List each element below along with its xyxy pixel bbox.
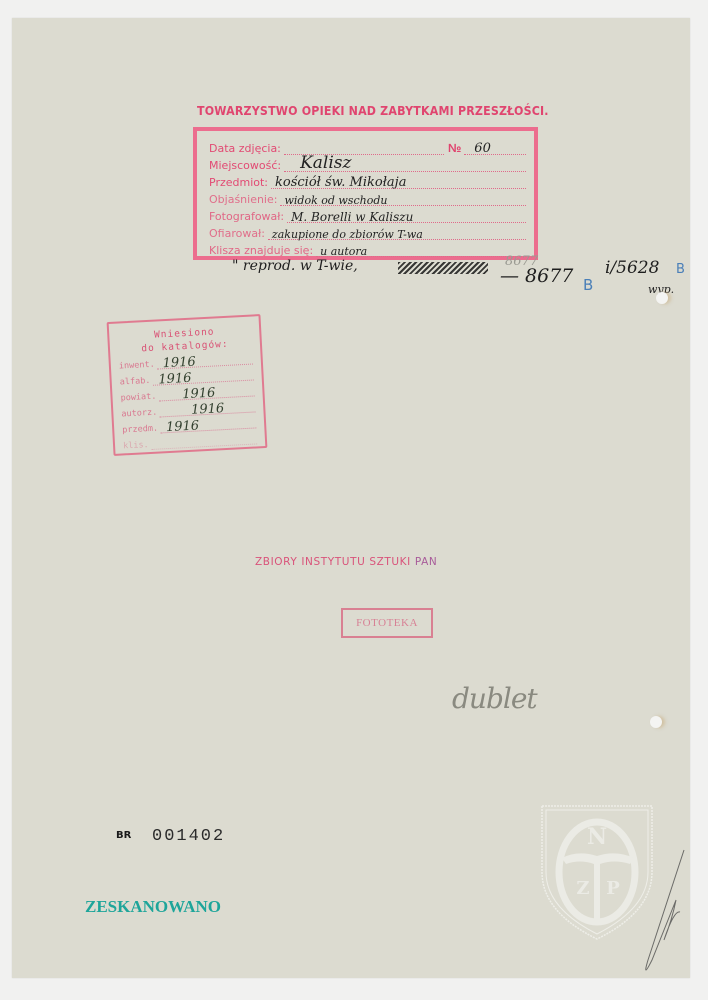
field-donor: Ofiarował: zakupione do zbiorów T-wa <box>209 224 526 240</box>
catalog-stamp: Wniesiono do katalogów: inwent. 1916 alf… <box>107 314 268 456</box>
field-photographer: Fotografował: M. Borelli w Kaliszu <box>209 207 526 223</box>
field-negative-location: Klisza znajduje się: u autora <box>209 241 526 257</box>
reproduction-note: " reprod. w T-wie, <box>232 258 358 274</box>
svg-text:N: N <box>587 824 607 850</box>
inventory-number: 001402 <box>152 827 225 846</box>
field-value: Kalisz <box>300 153 351 173</box>
number-value: 60 <box>474 141 491 156</box>
fototeka-stamp: FOTOTEKA <box>341 608 433 638</box>
punch-hole <box>650 716 662 728</box>
field-place: Miejscowość: Kalisz <box>209 156 526 172</box>
number-label: № <box>448 141 461 155</box>
field-value: M. Borelli w Kaliszu <box>291 210 413 224</box>
field-date: Data zdjęcia: № 60 <box>209 139 526 155</box>
field-subject: Przedmiot: kościół św. Mikołaja <box>209 173 526 189</box>
institute-stamp: ZBIORY INSTYTUTU SZTUKI PAN <box>255 556 437 568</box>
struck-out-text <box>398 262 488 274</box>
number-2-suffix: B <box>676 262 685 277</box>
pencil-note-dublet: dublet <box>452 682 537 715</box>
inventory-prefix: BR <box>116 830 131 841</box>
field-label: Data zdjęcia: <box>209 142 281 155</box>
svg-text:P: P <box>606 878 620 899</box>
number-1-suffix: B <box>583 276 593 294</box>
inventory-number-2: i/5628 <box>605 258 659 278</box>
scanned-stamp: ZESKANOWANO <box>85 897 221 917</box>
field-value: kościół św. Mikołaja <box>275 175 406 190</box>
field-value: widok od wschodu <box>284 194 387 207</box>
pencil-signature-scribble <box>628 840 698 990</box>
punch-hole <box>656 292 668 304</box>
society-stamp-title: TOWARZYSTWO OPIEKI NAD ZABYTKAMI PRZESZŁ… <box>197 104 519 118</box>
inventory-number-1: — 8677 <box>500 265 573 287</box>
field-value: zakupione do zbiorów T-wa <box>272 228 423 241</box>
field-description: Objaśnienie: widok od wschodu <box>209 190 526 206</box>
field-value: u autora <box>320 245 367 258</box>
svg-text:Z: Z <box>576 878 589 899</box>
photo-record-stamp: Data zdjęcia: № 60 Miejscowość: Kalisz P… <box>193 127 538 260</box>
